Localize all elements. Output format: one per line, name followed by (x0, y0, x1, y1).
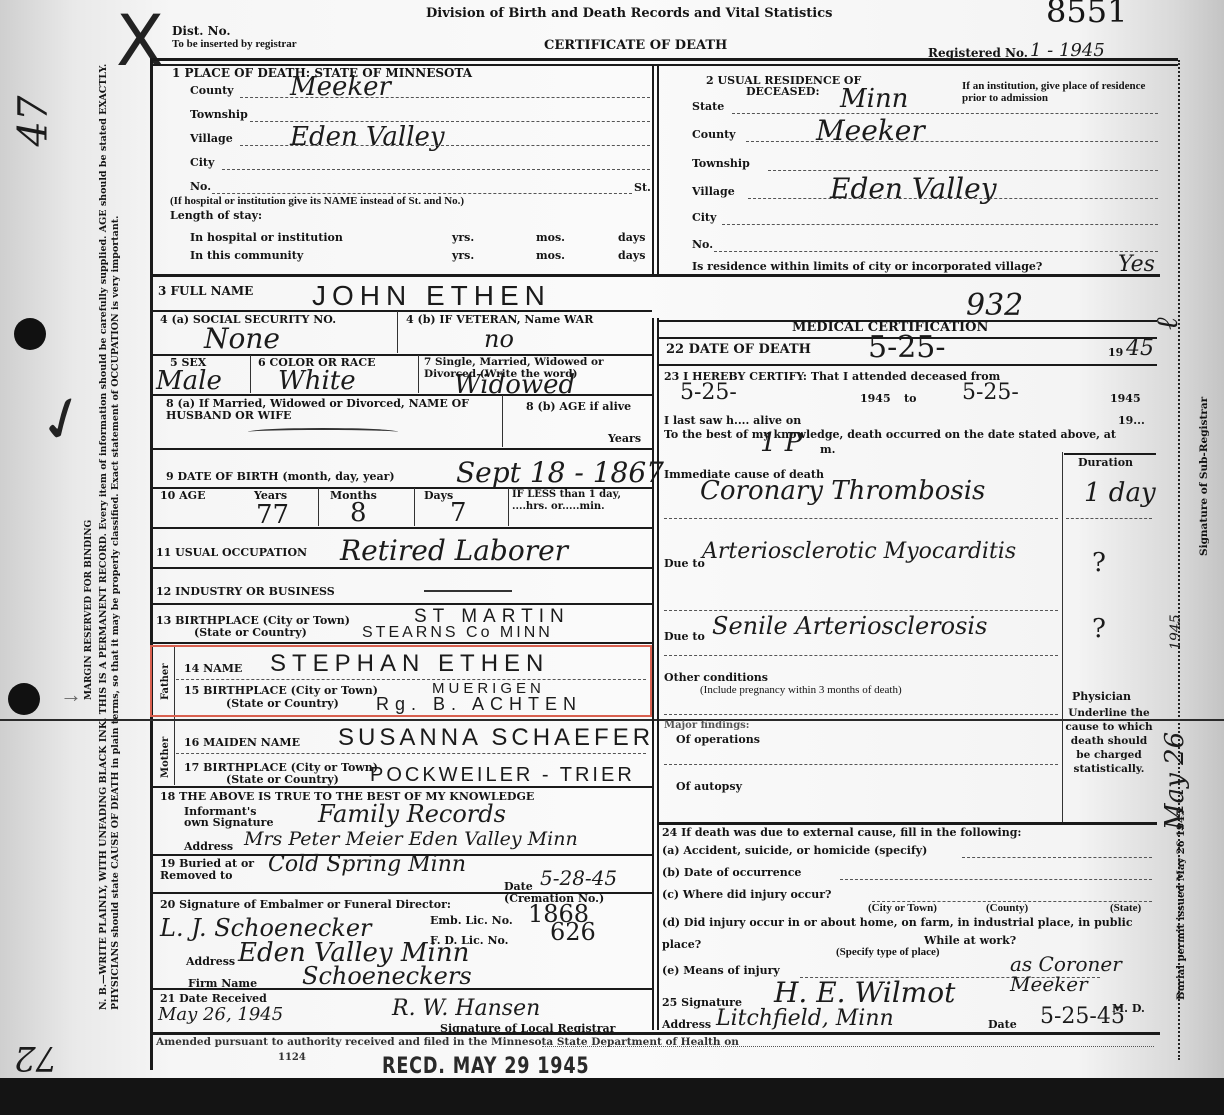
divider (657, 364, 1157, 366)
external-c-label: (c) Where did injury occur? (662, 888, 831, 901)
divider (150, 310, 652, 312)
x-mark-icon: X (116, 0, 164, 82)
duration-label: Duration (1078, 456, 1133, 469)
burial-permit-year: 1945 (1168, 614, 1184, 650)
fill-line (748, 198, 1158, 199)
divider (657, 64, 659, 274)
due-to-2-value: Senile Arteriosclerosis (712, 612, 987, 640)
attended-from-year: 1945 (860, 392, 891, 405)
margin-note-top: 47 (10, 96, 56, 147)
margin-note-bottom: 72 (14, 1038, 57, 1078)
attended-to-year: 1945 (1110, 392, 1141, 405)
time-of-death-value: 1 P (760, 428, 802, 458)
physician-address-label: Address (662, 1018, 711, 1031)
director-label: 20 Signature of Embalmer or Funeral Dire… (160, 898, 451, 911)
blank-dash (424, 590, 512, 592)
fill-line (664, 655, 1058, 656)
institution-note: If an institution, give place of residen… (962, 80, 1158, 104)
due-to-2-duration: ? (1092, 614, 1106, 644)
city-limits-label: Is residence within limits of city or in… (692, 260, 1042, 273)
form-code: 1124 (278, 1052, 306, 1063)
mos-label: mos. (536, 249, 565, 262)
divider (502, 395, 503, 447)
immediate-duration-value: 1 day (1084, 478, 1156, 508)
external-a-label: (a) Accident, suicide, or homicide (spec… (662, 844, 927, 857)
buried-value: Cold Spring Minn (268, 852, 466, 877)
subregistrar-label: Signature of Sub-Registrar (1198, 397, 1210, 556)
mother-side-label: Mother (160, 737, 171, 778)
punch-hole-icon (8, 683, 40, 715)
county-label: County (692, 128, 736, 141)
fill-line (732, 113, 1158, 114)
file-number: 8551 (1046, 0, 1127, 30)
divider (418, 355, 419, 393)
divider (1064, 453, 1156, 455)
physician-note-title: Physician (1072, 690, 1131, 703)
days-label: days (618, 231, 645, 244)
attended-to-value: 5-25- (962, 380, 1019, 405)
community-stay-label: In this community (190, 249, 303, 262)
years-label: Years (608, 432, 641, 445)
fill-line (962, 857, 1152, 858)
margin-instruction: N. B.—WRITE PLAINLY, WITH UNFADING BLACK… (98, 30, 122, 1010)
residence-heading-2: DECEASED: (746, 85, 820, 98)
residence-state-value: Minn (840, 84, 908, 114)
mother-maiden-label: 16 MAIDEN NAME (184, 736, 300, 749)
attended-from-value: 5-25- (680, 380, 737, 405)
fill-line (176, 753, 646, 754)
ssn-value: None (204, 322, 280, 355)
birthplace-state-value: STEARNS Co MINN (362, 624, 553, 642)
scan-crease (0, 719, 1224, 721)
divider (657, 822, 1157, 825)
fill-line (240, 145, 650, 146)
divider (150, 58, 1178, 61)
less-than-day-label: IF LESS than 1 day, ....hrs. or.....min. (512, 489, 648, 513)
village-label: Village (692, 185, 735, 198)
date-received-value: May 26, 1945 (158, 1004, 283, 1025)
city-label: City (190, 156, 214, 169)
fill-line (664, 764, 1058, 765)
form-border-left (150, 60, 153, 1070)
dob-label: 9 DATE OF BIRTH (month, day, year) (166, 470, 395, 483)
divider (150, 448, 652, 450)
divider (150, 786, 652, 788)
divider (150, 567, 652, 569)
physician-address-value: Litchfield, Minn (716, 1006, 894, 1031)
fill-line (240, 97, 650, 98)
fill-line (664, 610, 1058, 611)
fill-line (746, 141, 1158, 142)
informant-address-label: Address (184, 840, 233, 853)
age-label: 10 AGE (160, 489, 205, 502)
divider (318, 488, 319, 526)
death-village-value: Eden Valley (290, 122, 445, 152)
village-label: Village (190, 132, 233, 145)
certificate-title: CERTIFICATE OF DEATH (544, 38, 727, 53)
margin-reserved-label: MARGIN RESERVED FOR BINDING (84, 520, 94, 700)
mos-label: mos. (536, 231, 565, 244)
race-value: White (278, 366, 356, 396)
divider (150, 988, 652, 990)
external-b-label: (b) Date of occurrence (662, 866, 801, 879)
informant-signature-value: Family Records (318, 800, 506, 828)
due-to-1-value: Arteriosclerotic Myocarditis (702, 540, 1042, 564)
last-saw-label: I last saw h.... alive on (664, 414, 801, 427)
divider (397, 311, 398, 353)
divider (150, 274, 1160, 277)
dob-value: Sept 18 - 1867 (456, 456, 664, 489)
due-to-label: Due to (664, 630, 705, 643)
firm-name-value: Schoeneckers (302, 962, 472, 990)
age-days-value: 7 (450, 498, 467, 528)
margin-number: 932 (966, 288, 1023, 323)
punch-hole-icon (14, 318, 46, 350)
fd-lic-value: 626 (550, 918, 596, 946)
date-of-death-label: 22 DATE OF DEATH (666, 342, 811, 357)
days-label: days (618, 249, 645, 262)
divider (150, 603, 652, 605)
burial-permit-label: Burial permit issued May 26 1945 (1176, 809, 1187, 1000)
director-address-label: Address (186, 955, 235, 968)
st-label: St. (634, 181, 651, 194)
age-years-value: 77 (256, 500, 289, 530)
divider (652, 318, 654, 1030)
mother-maiden-value: SUSANNA SCHAEFER (338, 724, 654, 752)
autopsy-label: Of autopsy (676, 780, 742, 793)
yrs-label: yrs. (452, 231, 474, 244)
informant-signature-label: Informant's own Signature (184, 806, 284, 828)
full-name-value: JOHN ETHEN (312, 280, 551, 312)
divider (150, 642, 652, 644)
emb-lic-label: Emb. Lic. No. (430, 914, 513, 927)
division-heading: Division of Birth and Death Records and … (426, 6, 832, 21)
fill-line (714, 251, 1158, 252)
sex-value: Male (156, 366, 222, 396)
last-saw-year: 19... (1118, 414, 1145, 427)
burial-permit-date: May 26 (1160, 732, 1190, 830)
township-label: Township (692, 157, 750, 170)
blank-dash (248, 428, 398, 436)
due-to-label: Due to (664, 557, 705, 570)
age-months-value: 8 (350, 498, 367, 528)
external-e-label: (e) Means of injury (662, 964, 780, 977)
yrs-label: yrs. (452, 249, 474, 262)
residence-county-value: Meeker (816, 114, 925, 147)
date-of-death-value: 5-25- (868, 330, 946, 365)
veteran-value: no (484, 325, 514, 353)
dist-no-label: Dist. No. (172, 24, 231, 38)
fill-line (222, 169, 650, 170)
full-name-label: 3 FULL NAME (158, 284, 253, 298)
mother-birthplace-sub-label: (State or Country) (226, 773, 339, 786)
scan-bottom-edge (0, 1078, 1224, 1115)
arrow-right-icon: → (60, 682, 82, 708)
major-findings-label: Major findings: (664, 720, 750, 731)
divider (150, 527, 652, 529)
fill-line (768, 170, 1158, 171)
county-label: County (190, 84, 234, 97)
received-stamp: RECD. MAY 29 1945 (382, 1054, 589, 1079)
divider (657, 318, 659, 1030)
divider (150, 394, 652, 396)
birthplace-sub-label: (State or Country) (194, 626, 307, 639)
city-label: City (692, 211, 716, 224)
fill-line (664, 518, 1058, 519)
coroner-note: as Coroner Meeker (1010, 954, 1160, 994)
other-conditions-note: (Include pregnancy within 3 months of de… (700, 684, 902, 696)
father-section-highlight (150, 645, 652, 717)
fill-line (722, 224, 1158, 225)
physician-note: Underline the cause to which death shoul… (1064, 706, 1154, 776)
divider (150, 1032, 1160, 1035)
hospital-note: (If hospital or institution give its NAM… (170, 195, 464, 207)
no-label: No. (190, 180, 211, 193)
divider (508, 488, 509, 526)
divider (250, 355, 251, 393)
burial-date-value: 5-28-45 (540, 866, 617, 890)
fill-line (1066, 518, 1152, 519)
immediate-cause-value: Coronary Thrombosis (700, 476, 985, 506)
occupation-value: Retired Laborer (340, 534, 568, 567)
state-label: State (692, 100, 724, 113)
time-of-death-label: To the best of my knowledge, death occur… (664, 428, 1152, 441)
industry-label: 12 INDUSTRY OR BUSINESS (156, 585, 335, 598)
age-days-label: Days (424, 489, 453, 502)
physician-signature-value: H. E. Wilmot (774, 976, 955, 1009)
subregistrar-signature: ℓ (1150, 318, 1185, 331)
dist-no-note: To be inserted by registrar (172, 38, 297, 50)
external-cause-heading: 24 If death was due to external cause, f… (662, 826, 1021, 839)
fill-line (212, 193, 632, 194)
fill-line (840, 879, 1152, 880)
attended-to-label: to (904, 392, 916, 405)
township-label: Township (190, 108, 248, 121)
buried-label: 19 Buried at or Removed to (160, 858, 256, 882)
divider (1062, 452, 1063, 822)
mother-birthplace-value: POCKWEILER - TRIER (370, 764, 635, 787)
death-year-prefix: 19 (1108, 346, 1123, 359)
fill-line (664, 714, 1058, 715)
operations-label: Of operations (676, 733, 760, 746)
date-of-death-year: 45 (1126, 336, 1154, 361)
specify-place-caption: (Specify type of place) (836, 946, 940, 958)
time-suffix: m. (820, 443, 835, 456)
length-of-stay-label: Length of stay: (170, 209, 262, 222)
occupation-label: 11 USUAL OCCUPATION (156, 546, 307, 559)
other-conditions-label: Other conditions (664, 671, 768, 684)
no-label: No. (692, 238, 713, 251)
divider (652, 64, 654, 274)
physician-date-label: Date (988, 1018, 1017, 1031)
spouse-age-label: 8 (b) AGE if alive (526, 400, 631, 413)
informant-address-value: Mrs Peter Meier Eden Valley Minn (244, 828, 578, 850)
divider (150, 892, 652, 894)
fill-line (542, 1046, 1154, 1047)
hospital-stay-label: In hospital or institution (190, 231, 343, 244)
due-to-1-duration: ? (1092, 548, 1106, 578)
residence-village-value: Eden Valley (830, 172, 997, 205)
registrar-signature: R. W. Hansen (392, 996, 540, 1021)
physician-date-value: 5-25-45 (1040, 1004, 1125, 1029)
spouse-label: 8 (a) If Married, Widowed or Divorced, N… (166, 398, 486, 422)
divider (414, 488, 415, 526)
